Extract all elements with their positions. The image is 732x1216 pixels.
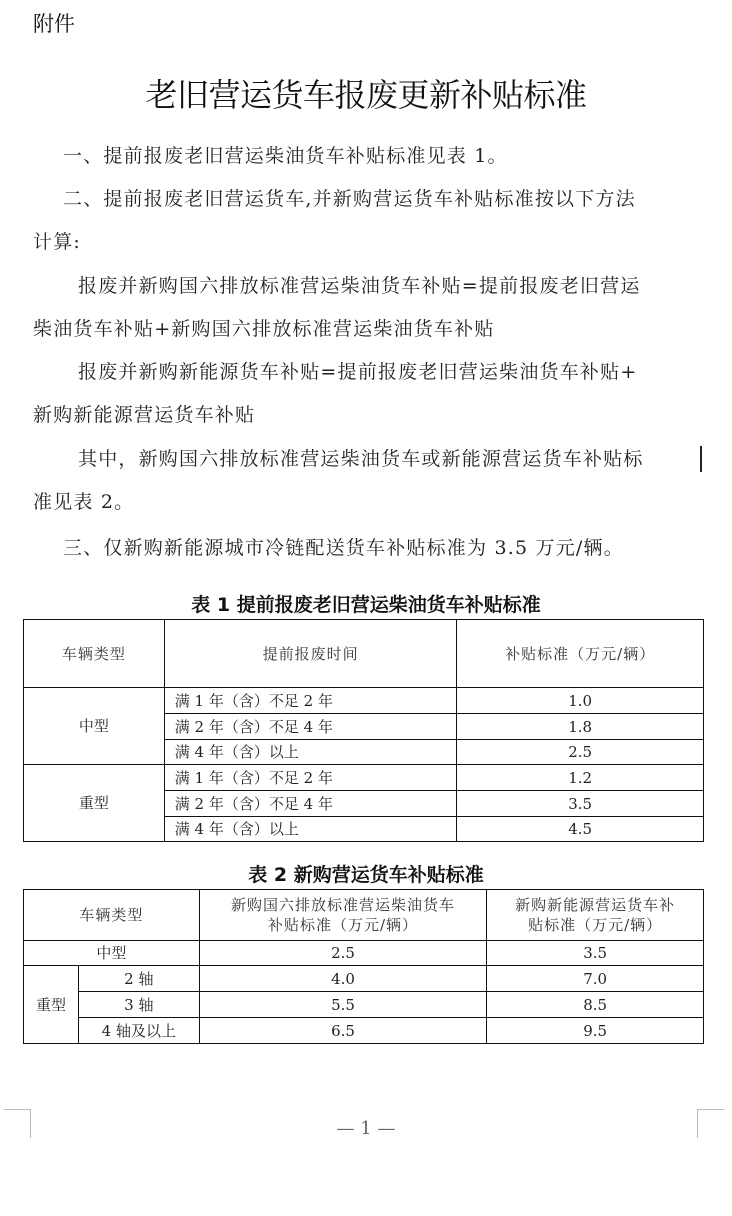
header-ev-subsidy: 新购新能源营运货车补 贴标准（万元/辆） xyxy=(487,890,704,941)
table-row: 中型 2.5 3.5 xyxy=(24,941,704,966)
subsidy-cell: 2.5 xyxy=(457,740,704,765)
period-cell: 满 2 年（含）不足 4 年 xyxy=(164,791,457,817)
paragraph-1: 一、提前报废老旧营运柴油货车补贴标准见表 1。 xyxy=(63,141,508,168)
period-cell: 满 4 年（含）以上 xyxy=(164,740,457,765)
paragraph-2-line-1: 二、提前报废老旧营运货车,并新购营运货车补贴标准按以下方法 xyxy=(63,184,636,211)
header-subsidy: 补贴标准（万元/辆） xyxy=(457,620,704,688)
paragraph-4-line-1: 报废并新购新能源货车补贴=提前报废老旧营运柴油货车补贴+ xyxy=(78,357,637,384)
header-ev-line-2: 贴标准（万元/辆） xyxy=(487,915,703,935)
period-cell: 满 1 年（含）不足 2 年 xyxy=(164,688,457,714)
period-cell: 满 1 年（含）不足 2 年 xyxy=(164,765,457,791)
table-row: 重型 满 1 年（含）不足 2 年 1.2 xyxy=(24,765,704,791)
period-cell: 满 4 年（含）以上 xyxy=(164,817,457,842)
paragraph-2-line-2: 计算: xyxy=(33,227,81,254)
table-row: 重型 2 轴 4.0 7.0 xyxy=(24,966,704,992)
table-2: 车辆类型 新购国六排放标准营运柴油货车 补贴标准（万元/辆） 新购新能源营运货车… xyxy=(23,889,704,1044)
axle-cell: 4 轴及以上 xyxy=(78,1018,199,1044)
text-cursor xyxy=(700,446,702,472)
ev-subsidy-cell: 7.0 xyxy=(487,966,704,992)
table-row: 中型 满 1 年（含）不足 2 年 1.0 xyxy=(24,688,704,714)
vehicle-type-heavy: 重型 xyxy=(24,966,79,1044)
table-2-caption: 表 2 新购营运货车补贴标准 xyxy=(0,860,732,887)
subsidy-cell: 3.5 xyxy=(457,791,704,817)
subsidy-cell: 1.8 xyxy=(457,714,704,740)
ev-subsidy-cell: 9.5 xyxy=(487,1018,704,1044)
header-vehicle-type: 车辆类型 xyxy=(24,620,165,688)
table-row: 3 轴 5.5 8.5 xyxy=(24,992,704,1018)
table-1-caption: 表 1 提前报废老旧营运柴油货车补贴标准 xyxy=(0,590,732,617)
table-1: 车辆类型 提前报废时间 补贴标准（万元/辆） 中型 满 1 年（含）不足 2 年… xyxy=(23,619,704,842)
table-1-header-row: 车辆类型 提前报废时间 补贴标准（万元/辆） xyxy=(24,620,704,688)
header-diesel-line-1: 新购国六排放标准营运柴油货车 xyxy=(200,895,487,915)
header-diesel-line-2: 补贴标准（万元/辆） xyxy=(200,915,487,935)
header-diesel-subsidy: 新购国六排放标准营运柴油货车 补贴标准（万元/辆） xyxy=(199,890,487,941)
page-number: — 1 — xyxy=(0,1118,732,1139)
table-row: 4 轴及以上 6.5 9.5 xyxy=(24,1018,704,1044)
paragraph-3-line-1: 报废并新购国六排放标准营运柴油货车补贴=提前报废老旧营运 xyxy=(78,271,641,298)
table-2-header-row: 车辆类型 新购国六排放标准营运柴油货车 补贴标准（万元/辆） 新购新能源营运货车… xyxy=(24,890,704,941)
period-cell: 满 2 年（含）不足 4 年 xyxy=(164,714,457,740)
vehicle-type-medium: 中型 xyxy=(24,688,165,765)
diesel-subsidy-cell: 5.5 xyxy=(199,992,487,1018)
paragraph-4-line-2: 新购新能源营运货车补贴 xyxy=(33,400,255,427)
vehicle-type-heavy: 重型 xyxy=(24,765,165,842)
attachment-label: 附件 xyxy=(33,8,75,38)
axle-cell: 2 轴 xyxy=(78,966,199,992)
diesel-subsidy-cell: 4.0 xyxy=(199,966,487,992)
diesel-subsidy-cell: 2.5 xyxy=(199,941,487,966)
paragraph-5-line-2: 准见表 2。 xyxy=(33,487,134,514)
subsidy-cell: 1.0 xyxy=(457,688,704,714)
paragraph-5-line-1: 其中，新购国六排放标准营运柴油货车或新能源营运货车补贴标 xyxy=(78,444,644,471)
document-title: 老旧营运货车报废更新补贴标准 xyxy=(0,70,732,116)
header-scrap-period: 提前报废时间 xyxy=(164,620,457,688)
subsidy-cell: 1.2 xyxy=(457,765,704,791)
ev-subsidy-cell: 3.5 xyxy=(487,941,704,966)
vehicle-type-medium: 中型 xyxy=(24,941,200,966)
paragraph-6: 三、仅新购新能源城市冷链配送货车补贴标准为 3.5 万元/辆。 xyxy=(63,533,624,560)
ev-subsidy-cell: 8.5 xyxy=(487,992,704,1018)
header-ev-line-1: 新购新能源营运货车补 xyxy=(487,895,703,915)
paragraph-3-line-2: 柴油货车补贴+新购国六排放标准营运柴油货车补贴 xyxy=(33,314,495,341)
axle-cell: 3 轴 xyxy=(78,992,199,1018)
subsidy-cell: 4.5 xyxy=(457,817,704,842)
diesel-subsidy-cell: 6.5 xyxy=(199,1018,487,1044)
header-vehicle-type: 车辆类型 xyxy=(24,890,200,941)
